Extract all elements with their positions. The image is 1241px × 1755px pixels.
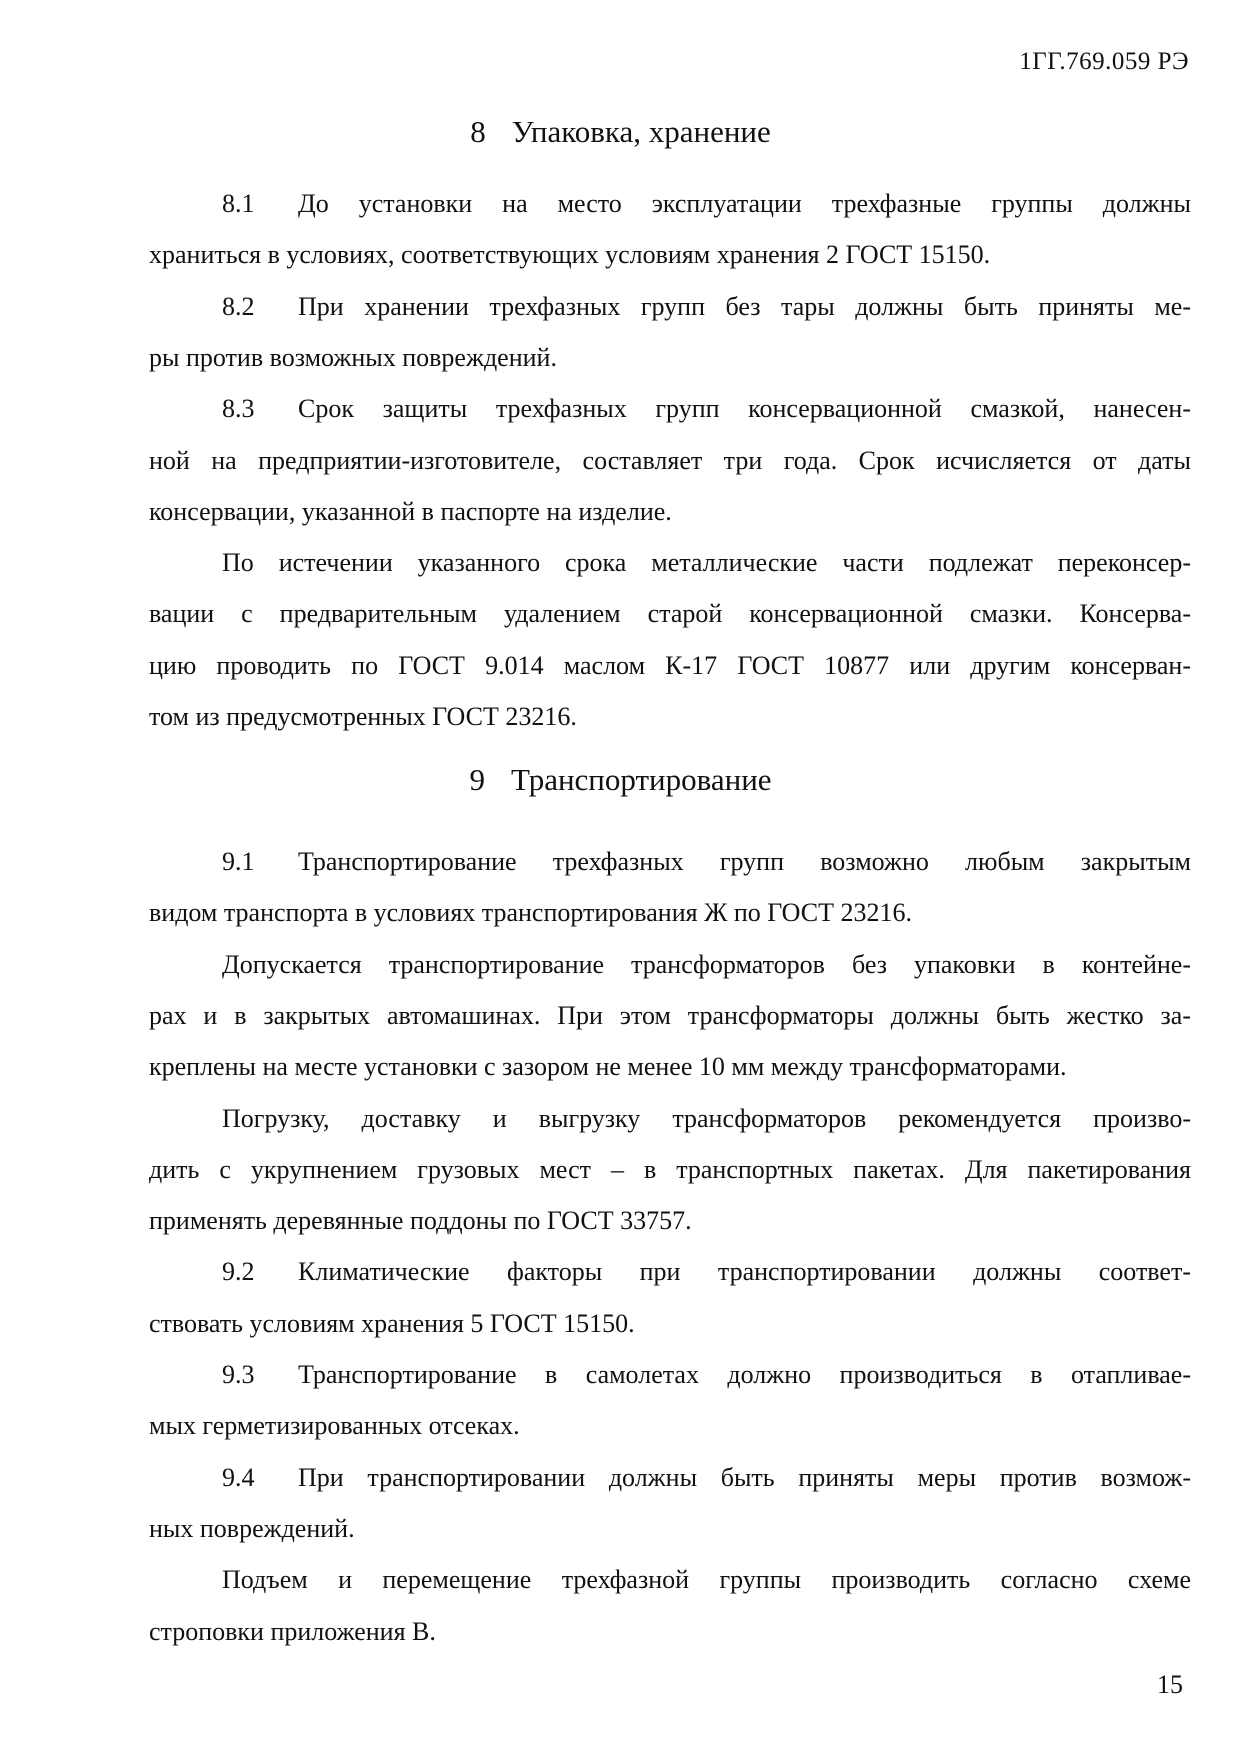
line-text: строповки приложения В. [149, 1617, 436, 1646]
section-title: Транспортирование [511, 762, 772, 797]
line-text: ных повреждений. [149, 1514, 355, 1543]
text-line: 9.1Транспортирование трехфазных групп во… [222, 846, 1191, 878]
line-text: том из предусмотренных ГОСТ 23216. [149, 702, 577, 731]
text-line: 9.3Транспортирование в самолетах должно … [222, 1359, 1191, 1391]
section-title: Упаковка, хранение [512, 114, 771, 149]
line-text: храниться в условиях, соответствующих ус… [149, 240, 990, 269]
line-text: Срок защиты трехфазных групп консервацио… [298, 394, 1191, 423]
text-line: Подъем и перемещение трехфазной группы п… [222, 1564, 1191, 1596]
text-line: 8.2При хранении трехфазных групп без тар… [222, 291, 1191, 323]
text-line: консервации, указанной в паспорте на изд… [149, 496, 1191, 528]
line-text: мых герметизированных отсеках. [149, 1411, 520, 1440]
text-line: 8.1До установки на место эксплуатации тр… [222, 188, 1191, 220]
text-line: том из предусмотренных ГОСТ 23216. [149, 701, 1191, 733]
line-text: ры против возможных повреждений. [149, 343, 557, 372]
line-text: рах и в закрытых автомашинах. При этом т… [149, 1001, 1191, 1030]
text-line: 8.3Срок защиты трехфазных групп консерва… [222, 393, 1191, 425]
text-line: ной на предприятии-изготовителе, составл… [149, 445, 1191, 477]
line-text: консервации, указанной в паспорте на изд… [149, 497, 672, 526]
clause-number: 9.2 [222, 1256, 298, 1288]
line-text: Допускается транспортирование трансформа… [222, 950, 1191, 979]
clause-number: 8.2 [222, 291, 298, 323]
document-code: 1ГГ.769.059 РЭ [1019, 48, 1189, 76]
line-text: По истечении указанного срока металличес… [222, 548, 1191, 577]
text-line: храниться в условиях, соответствующих ус… [149, 239, 1191, 271]
text-line: ных повреждений. [149, 1513, 1191, 1545]
line-text: дить с укрупнением грузовых мест – в тра… [149, 1155, 1191, 1184]
line-text: применять деревянные поддоны по ГОСТ 337… [149, 1206, 692, 1235]
clause-number: 9.3 [222, 1359, 298, 1391]
page-number: 15 [1157, 1670, 1183, 1700]
text-line: ствовать условиям хранения 5 ГОСТ 15150. [149, 1308, 1191, 1340]
line-text: Транспортирование в самолетах должно про… [298, 1360, 1191, 1389]
text-line: креплены на месте установки с зазором не… [149, 1051, 1191, 1083]
text-line: видом транспорта в условиях транспортиро… [149, 897, 1191, 929]
line-text: креплены на месте установки с зазором не… [149, 1052, 1067, 1081]
section-number: 9 [469, 762, 485, 797]
line-text: Подъем и перемещение трехфазной группы п… [222, 1565, 1191, 1594]
text-line: 9.4При транспортировании должны быть при… [222, 1462, 1191, 1494]
text-line: дить с укрупнением грузовых мест – в тра… [149, 1154, 1191, 1186]
line-text: При хранении трехфазных групп без тары д… [298, 292, 1191, 321]
text-line: применять деревянные поддоны по ГОСТ 337… [149, 1205, 1191, 1237]
line-text: При транспортировании должны быть принят… [298, 1463, 1191, 1492]
text-line: Погрузку, доставку и выгрузку трансформа… [222, 1103, 1191, 1135]
text-line: строповки приложения В. [149, 1616, 1191, 1648]
section-number: 8 [470, 114, 486, 149]
text-line: ры против возможных повреждений. [149, 342, 1191, 374]
text-line: цию проводить по ГОСТ 9.014 маслом К-17 … [149, 650, 1191, 682]
text-line: 9.2Климатические факторы при транспортир… [222, 1256, 1191, 1288]
line-text: вации с предварительным удалением старой… [149, 599, 1191, 628]
line-text: ствовать условиям хранения 5 ГОСТ 15150. [149, 1309, 635, 1338]
line-text: Погрузку, доставку и выгрузку трансформа… [222, 1104, 1191, 1133]
clause-number: 8.1 [222, 188, 298, 220]
text-line: вации с предварительным удалением старой… [149, 598, 1191, 630]
section-heading-8: 8Упаковка, хранение [0, 114, 1241, 150]
clause-number: 8.3 [222, 393, 298, 425]
text-line: мых герметизированных отсеках. [149, 1410, 1191, 1442]
clause-number: 9.4 [222, 1462, 298, 1494]
line-text: Климатические факторы при транспортирова… [298, 1257, 1191, 1286]
section-heading-9: 9Транспортирование [0, 762, 1241, 798]
text-line: рах и в закрытых автомашинах. При этом т… [149, 1000, 1191, 1032]
text-line: Допускается транспортирование трансформа… [222, 949, 1191, 981]
line-text: видом транспорта в условиях транспортиро… [149, 898, 912, 927]
clause-number: 9.1 [222, 846, 298, 878]
line-text: ной на предприятии-изготовителе, составл… [149, 446, 1191, 475]
line-text: Транспортирование трехфазных групп возмо… [298, 847, 1191, 876]
line-text: До установки на место эксплуатации трехф… [298, 189, 1191, 218]
line-text: цию проводить по ГОСТ 9.014 маслом К-17 … [149, 651, 1191, 680]
text-line: По истечении указанного срока металличес… [222, 547, 1191, 579]
